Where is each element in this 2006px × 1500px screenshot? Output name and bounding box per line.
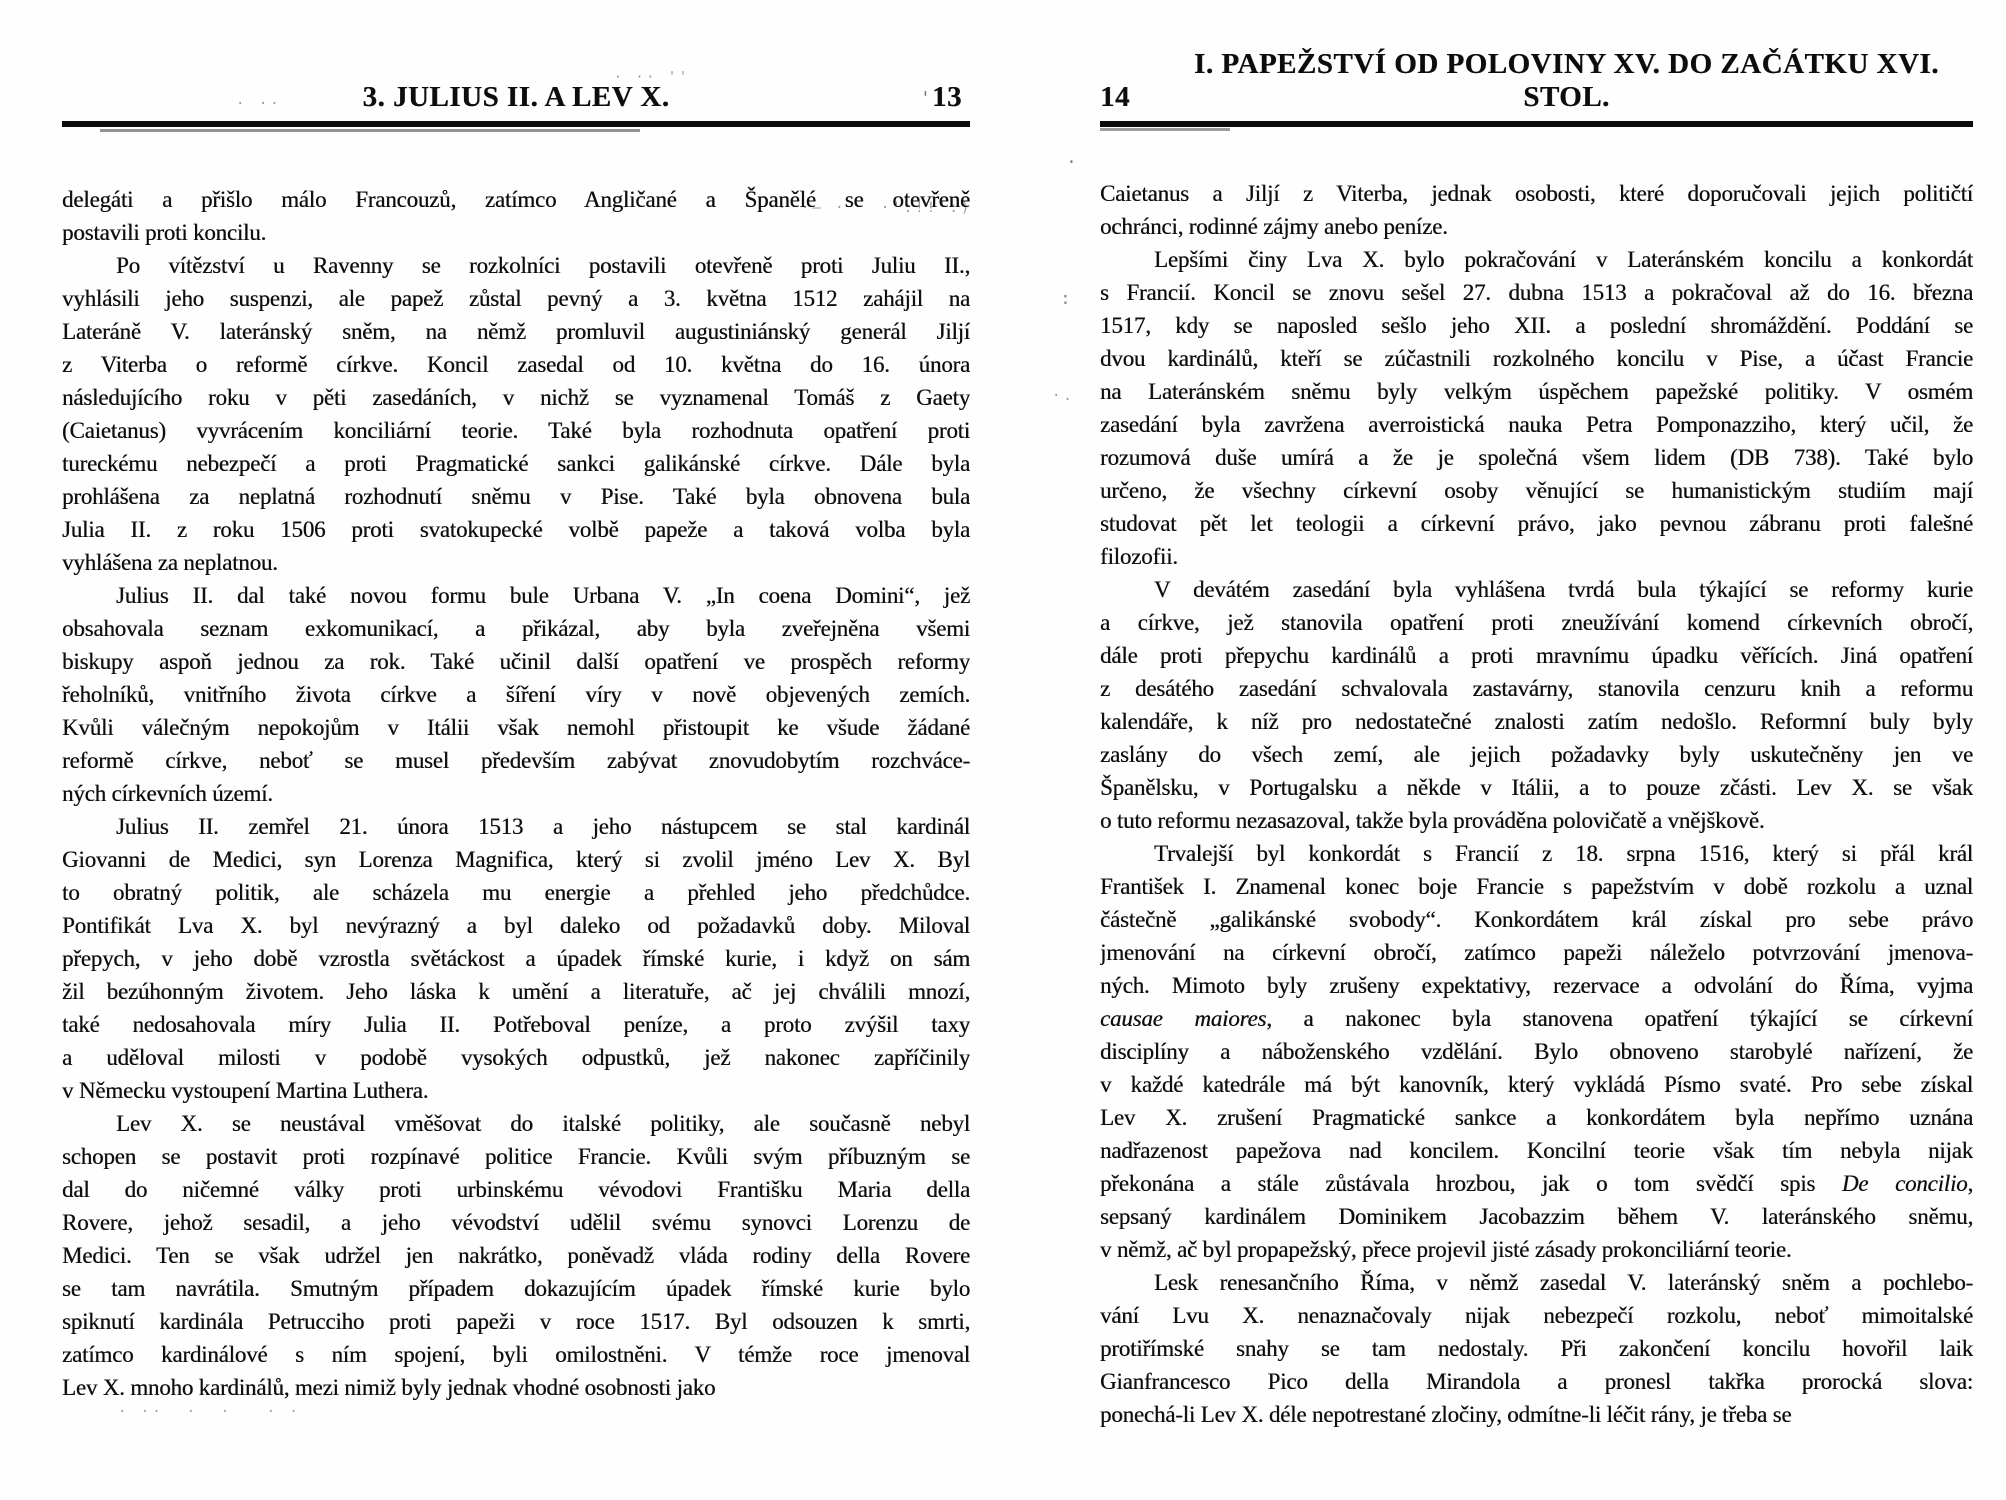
book-scan: 3. JULIUS II. A LEV X. 13 delegáti a při…: [0, 0, 2006, 1500]
text-line: Caietanus a Jiljí z Viterba, jednak osob…: [1100, 177, 1973, 210]
text-line: v němž, ač byl propapežský, přece projev…: [1100, 1233, 1973, 1266]
text-line: ných. Mimoto byly zrušeny expektativy, r…: [1100, 969, 1973, 1002]
text-line: reformě církve, neboť se musel především…: [62, 744, 970, 777]
text-line: rozumová duše umírá a že je společná vše…: [1100, 441, 1973, 474]
text-line: v Německu vystoupení Martina Luthera.: [62, 1074, 970, 1107]
left-page: 3. JULIUS II. A LEV X. 13 delegáti a při…: [62, 74, 970, 1404]
text-line: dvou kardinálů, kteří se zúčastnili rozk…: [1100, 342, 1973, 375]
text-line: Lepšími činy Lva X. bylo pokračování v L…: [1100, 243, 1973, 276]
text-line: kalendáře, k níž pro nedostatečné znalos…: [1100, 705, 1973, 738]
right-page-number: 14: [1100, 81, 1130, 114]
text-line: biskupy aspoň jednou za rok. Také učinil…: [62, 645, 970, 678]
text-line: následujícího roku v pěti zasedáních, v …: [62, 381, 970, 414]
text-line: prohlášena za neplatná rozhodnutí sněmu …: [62, 480, 970, 513]
left-header-rule: [62, 121, 970, 127]
right-page-body: Caietanus a Jiljí z Viterba, jednak osob…: [1100, 177, 1973, 1431]
text-line: obsahovala seznam exkomunikací, a přikáz…: [62, 612, 970, 645]
text-line: filozofii.: [1100, 540, 1973, 573]
text-line: schopen se postavit proti rozpínavé poli…: [62, 1140, 970, 1173]
scan-artifact: :: [1060, 288, 1074, 309]
text-line: řeholníků, vnitřního života církve a šíř…: [62, 678, 970, 711]
text-line: překonána a stále zůstávala hrozbou, jak…: [1100, 1167, 1973, 1200]
paragraph: Caietanus a Jiljí z Viterba, jednak osob…: [1100, 177, 1973, 243]
text-line: zaslány do všech zemí, ale jejich požada…: [1100, 738, 1973, 771]
text-line: z desátého zasedání schvalovala zastavár…: [1100, 672, 1973, 705]
scan-artifact: · ·· · · · ·: [118, 1404, 301, 1420]
paragraph: Lepšími činy Lva X. bylo pokračování v L…: [1100, 243, 1973, 573]
text-line: s Francií. Koncil se znovu sešel 27. dub…: [1100, 276, 1973, 309]
text-line: Julius II. dal také novou formu bule Urb…: [62, 579, 970, 612]
text-line: Kvůli válečným nepokojům v Itálii však n…: [62, 711, 970, 744]
text-line: V devátém zasedání byla vyhlášena tvrdá …: [1100, 573, 1973, 606]
text-line: částečně „galikánské svobody“. Konkordát…: [1100, 903, 1973, 936]
text-line: Rovere, jehož sesadil, a jeho vévodství …: [62, 1206, 970, 1239]
right-page: 14 I. PAPEŽSTVÍ OD POLOVINY XV. DO ZAČÁT…: [1100, 74, 1973, 1431]
paragraph: Lesk renesančního Říma, v němž zasedal V…: [1100, 1266, 1973, 1431]
text-line: ných církevních území.: [62, 777, 970, 810]
text-line: a církve, jež stanovila opatření proti z…: [1100, 606, 1973, 639]
text-line: spiknutí kardinála Petrucciho proti pape…: [62, 1305, 970, 1338]
text-line: ponechá-li Lev X. déle nepotrestané zloč…: [1100, 1398, 1973, 1431]
text-line: postavili proti koncilu.: [62, 216, 970, 249]
text-line: také nedosahovala míry Julia II. Potřebo…: [62, 1008, 970, 1041]
text-line: Gianfrancesco Pico della Mirandola a pro…: [1100, 1365, 1973, 1398]
text-line: Giovanni de Medici, syn Lorenza Magnific…: [62, 843, 970, 876]
text-line: dále proti přepychu kardinálů a proti mr…: [1100, 639, 1973, 672]
scan-artifact: ·: [1066, 152, 1080, 173]
text-line: tureckému nebezpečí a proti Pragmatické …: [62, 447, 970, 480]
text-line: ochránci, rodinné zájmy anebo peníze.: [1100, 210, 1973, 243]
paragraph: Trvalejší byl konkordát s Francií z 18. …: [1100, 837, 1973, 1266]
text-line: Julius II. zemřel 21. února 1513 a jeho …: [62, 810, 970, 843]
paragraph: Po vítězství u Ravenny se rozkolníci pos…: [62, 249, 970, 579]
text-line: sepsaný kardinálem Dominikem Jacobazzim …: [1100, 1200, 1973, 1233]
text-line: Pontifikát Lva X. byl nevýrazný a byl da…: [62, 909, 970, 942]
text-line: žil bezúhonným životem. Jeho láska k umě…: [62, 975, 970, 1008]
text-line: disciplíny a náboženského vzdělání. Bylo…: [1100, 1035, 1973, 1068]
text-line: delegáti a přišlo málo Francouzů, zatímc…: [62, 183, 970, 216]
text-line: 1517, kdy se naposled sešlo jeho XII. a …: [1100, 309, 1973, 342]
text-line: Po vítězství u Ravenny se rozkolníci pos…: [62, 249, 970, 282]
text-line: se tam navrátila. Smutným případem dokaz…: [62, 1272, 970, 1305]
text-line: Medici. Ten se však udržel jen nakrátko,…: [62, 1239, 970, 1272]
text-line: vyhlásili jeho suspenzi, ale papež zůsta…: [62, 282, 970, 315]
text-line: přepych, v jeho době vzrostla světáckost…: [62, 942, 970, 975]
paragraph: V devátém zasedání byla vyhlášena tvrdá …: [1100, 573, 1973, 837]
paragraph: delegáti a přišlo málo Francouzů, zatímc…: [62, 183, 970, 249]
text-line: Lateráně V. lateránský sněm, na němž pro…: [62, 315, 970, 348]
text-line: o tuto reformu nezasazoval, takže byla p…: [1100, 804, 1973, 837]
text-line: Lesk renesančního Říma, v němž zasedal V…: [1100, 1266, 1973, 1299]
paragraph: Julius II. zemřel 21. února 1513 a jeho …: [62, 810, 970, 1107]
text-line: Julia II. z roku 1506 proti svatokupecké…: [62, 513, 970, 546]
text-line: (Caietanus) vyvrácením konciliární teori…: [62, 414, 970, 447]
left-page-header: 3. JULIUS II. A LEV X. 13: [62, 74, 970, 114]
right-page-title: I. PAPEŽSTVÍ OD POLOVINY XV. DO ZAČÁTKU …: [1160, 48, 1973, 114]
right-page-header: 14 I. PAPEŽSTVÍ OD POLOVINY XV. DO ZAČÁT…: [1100, 74, 1973, 114]
text-line: to obratný politik, ale scházela mu ener…: [62, 876, 970, 909]
paragraph: Lev X. se neustával vměšovat do italské …: [62, 1107, 970, 1404]
text-line: František I. Znamenal konec boje Francie…: [1100, 870, 1973, 903]
text-line: určeno, že všechny církevní osoby věnují…: [1100, 474, 1973, 507]
left-page-body: delegáti a přišlo málo Francouzů, zatímc…: [62, 183, 970, 1404]
text-line: zatímco kardinálové s ním spojení, byli …: [62, 1338, 970, 1371]
left-page-number: 13: [932, 81, 962, 114]
left-page-title: 3. JULIUS II. A LEV X.: [62, 81, 970, 114]
text-line: nadřazenost papežova nad koncilem. Konci…: [1100, 1134, 1973, 1167]
text-line: a uděloval milosti v podobě vysokých odp…: [62, 1041, 970, 1074]
text-line: Lev X. zrušení Pragmatické sankce a konk…: [1100, 1101, 1973, 1134]
text-line: studovat pět let teologii a církevní prá…: [1100, 507, 1973, 540]
right-header-rule: [1100, 121, 1973, 127]
text-line: jmenování na církevní obročí, zatímco pa…: [1100, 936, 1973, 969]
text-line: dal do ničemné války proti urbinskému vé…: [62, 1173, 970, 1206]
text-line: Lev X. se neustával vměšovat do italské …: [62, 1107, 970, 1140]
text-line: z Viterba o reformě církve. Koncil zased…: [62, 348, 970, 381]
text-line: protiřímské snahy se tam nedostaly. Při …: [1100, 1332, 1973, 1365]
text-line: vání Lvu X. nenaznačovaly nijak nebezpeč…: [1100, 1299, 1973, 1332]
text-line: v každé katedrále má být kanovník, který…: [1100, 1068, 1973, 1101]
scan-artifact: ·.: [1052, 388, 1075, 404]
text-line: zasedání byla zavržena averroistická nau…: [1100, 408, 1973, 441]
paragraph: Julius II. dal také novou formu bule Urb…: [62, 579, 970, 810]
text-line: Lev X. mnoho kardinálů, mezi nimiž byly …: [62, 1371, 970, 1404]
text-line: Španělsku, v Portugalsku a někde v Itáli…: [1100, 771, 1973, 804]
text-line: causae maiores, a nakonec byla stanovena…: [1100, 1002, 1973, 1035]
text-line: na Lateránském sněmu byly velkým úspěche…: [1100, 375, 1973, 408]
text-line: vyhlášena za neplatnou.: [62, 546, 970, 579]
text-line: Trvalejší byl konkordát s Francií z 18. …: [1100, 837, 1973, 870]
